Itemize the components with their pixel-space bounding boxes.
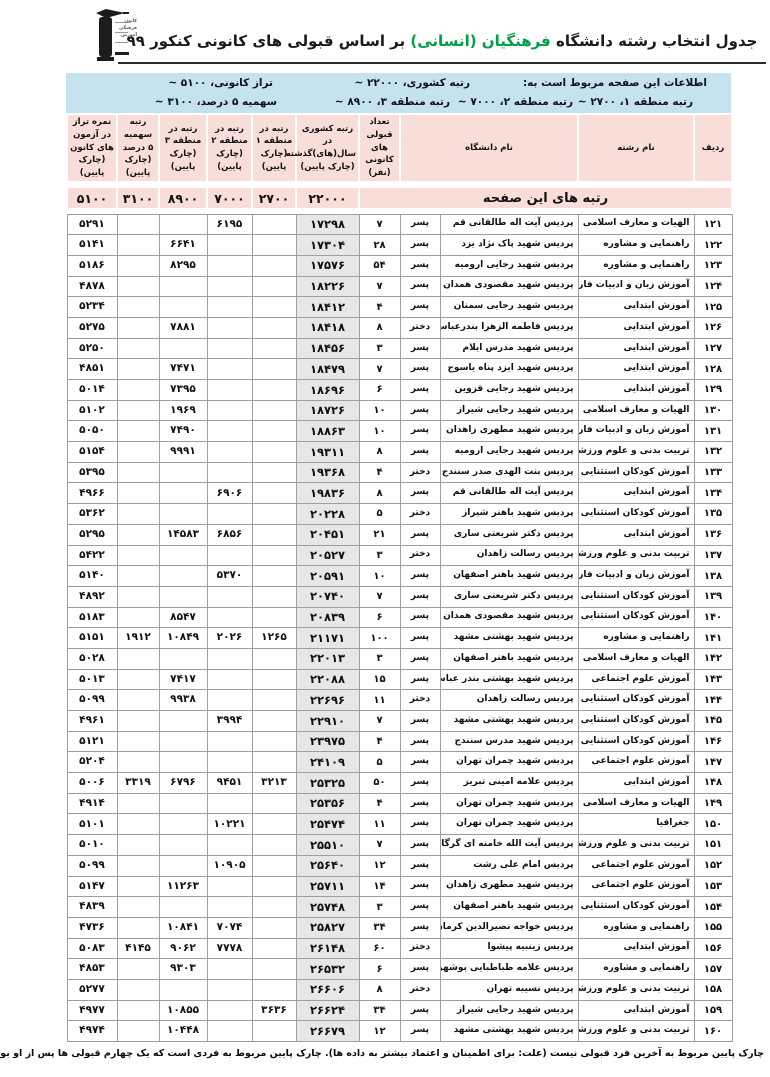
cell-region1 [252,979,296,1000]
cell-region1 [252,938,296,959]
cell-region1 [252,897,296,918]
cell-region2 [207,338,252,359]
cell-quota: ۱۹۱۲ [117,628,159,649]
cell-score: ۵۴۲۲ [67,545,117,566]
cell-university: پردیس زینبیه پیشوا [440,938,578,959]
cell-quota [117,214,159,235]
cell-university: پردیس علامه طباطبایی بوشهر [440,959,578,980]
cell-university: پردیس بنت الهدی صدر سنندج [440,462,578,483]
cell-region2 [207,1000,252,1021]
cell-quota [117,276,159,297]
cell-quota [117,359,159,380]
cell-count: ۴ [359,462,400,483]
cell-gender: پسر [400,235,440,256]
cell-gender: دختر [400,545,440,566]
cell-quota [117,462,159,483]
cell-region3 [159,297,207,318]
cell-university: پردیس شهید رجایی شیراز [440,400,578,421]
cell-count: ۱۰ [359,400,400,421]
cell-count: ۱۵ [359,669,400,690]
table-row: ۱۲۷آموزش ابتداییپردیس شهید مدرس ایلامپسر… [67,338,732,359]
table-row: ۱۲۸آموزش ابتداییپردیس شهید ایزد پناه یاس… [67,359,732,380]
table-row: ۱۶۰تربیت بدنی و علوم ورزشیپردیس شهید بهش… [67,1021,732,1042]
cell-score: ۵۳۹۵ [67,462,117,483]
cell-university: پردیس دکتر شریعتی ساری [440,524,578,545]
cell-region3: ۱۰۸۴۱ [159,917,207,938]
cell-major: آموزش ابتدایی [578,317,694,338]
title-highlight: فرهنگیان (انسانی) [410,32,550,50]
cell-region2 [207,504,252,525]
cell-score: ۵۰۲۸ [67,648,117,669]
cell-university: پردیس شهید چمران تهران [440,752,578,773]
cell-region3 [159,793,207,814]
cell-university: پردیس شهید ایزد پناه یاسوج [440,359,578,380]
cell-national: ۱۸۴۱۲ [296,297,359,318]
cell-score: ۴۹۷۷ [67,1000,117,1021]
cell-gender: پسر [400,835,440,856]
cell-national: ۲۵۶۴۰ [296,855,359,876]
table-row: ۱۲۵آموزش ابتداییپردیس شهید رجایی سمنانپس… [67,297,732,318]
header-major: نام رشته [578,114,694,182]
cell-region3: ۸۵۴۷ [159,607,207,628]
cell-count: ۱۱ [359,814,400,835]
cell-score: ۵۲۵۰ [67,338,117,359]
cell-no: ۱۲۳ [694,255,732,276]
info-region1-rank: رتبه منطقه ۱، ۲۷۰۰ ~ [578,96,693,108]
cell-count: ۷ [359,711,400,732]
cell-quota [117,897,159,918]
cell-national: ۲۰۵۲۷ [296,545,359,566]
cell-national: ۱۷۲۹۸ [296,214,359,235]
cell-count: ۸ [359,317,400,338]
cell-region1 [252,731,296,752]
cell-region3 [159,855,207,876]
cell-national: ۱۸۶۹۶ [296,380,359,401]
cell-university: پردیس شهید چمران تهران [440,793,578,814]
cell-no: ۱۲۹ [694,380,732,401]
cell-count: ۵ [359,752,400,773]
cell-no: ۱۴۸ [694,773,732,794]
header-region2: رتبه در منطقه ۲ (چارک پایین) [207,114,252,182]
cell-university: پردیس شهید رجایی قزوین [440,380,578,401]
cell-no: ۱۴۰ [694,607,732,628]
cell-gender: دختر [400,938,440,959]
cell-university: پردیس آیت الله خامنه ای گرگان [440,835,578,856]
cell-region1 [252,1021,296,1042]
cell-no: ۱۶۰ [694,1021,732,1042]
cell-region1 [252,400,296,421]
cell-no: ۱۵۱ [694,835,732,856]
cell-count: ۳۴ [359,1000,400,1021]
table-row: ۱۳۴آموزش ابتداییپردیس آیت اله طالقانی قم… [67,483,732,504]
summary-national: ۲۲۰۰۰ [296,187,359,209]
summary-row: رتبه های این صفحه ۲۲۰۰۰ ۲۷۰۰ ۷۰۰۰ ۸۹۰۰ ۳… [67,187,732,209]
cell-major: آموزش کودکان استثنایی [578,504,694,525]
cell-no: ۱۵۴ [694,897,732,918]
cell-university: پردیس امام علی رشت [440,855,578,876]
cell-major: آموزش کودکان استثنایی [578,711,694,732]
cell-region1 [252,855,296,876]
cell-gender: پسر [400,711,440,732]
cell-score: ۵۱۸۳ [67,607,117,628]
cell-score: ۴۹۶۶ [67,483,117,504]
title-underline [118,62,766,64]
cell-gender: پسر [400,607,440,628]
cell-university: پردیس شهید رجایی ارومیه [440,255,578,276]
cell-region2 [207,421,252,442]
cell-quota [117,504,159,525]
cell-no: ۱۳۲ [694,442,732,463]
cell-university: پردیس شهید بهشتی مشهد [440,1021,578,1042]
cell-university: پردیس شهید باهنر شیراز [440,504,578,525]
cell-quota [117,442,159,463]
cell-region1 [252,462,296,483]
cell-region3: ۸۲۹۵ [159,255,207,276]
cell-region3 [159,586,207,607]
table-row: ۱۴۱راهنمایی و مشاورهپردیس شهید بهشتی مشه… [67,628,732,649]
cell-gender: دختر [400,979,440,1000]
cell-region2 [207,359,252,380]
cell-region1 [252,690,296,711]
cell-no: ۱۳۱ [694,421,732,442]
cell-region1: ۱۲۶۵ [252,628,296,649]
cell-region1 [252,607,296,628]
cell-no: ۱۲۶ [694,317,732,338]
cell-quota [117,669,159,690]
cell-no: ۱۵۵ [694,917,732,938]
header-university: نام دانشگاه [400,114,578,182]
cell-region3: ۷۴۱۷ [159,669,207,690]
cell-region3 [159,731,207,752]
cell-no: ۱۲۲ [694,235,732,256]
table-row: ۱۳۵آموزش کودکان استثناییپردیس شهید باهنر… [67,504,732,525]
cell-region3 [159,214,207,235]
cell-national: ۲۰۲۲۸ [296,504,359,525]
table-row: ۱۵۶آموزش ابتداییپردیس زینبیه پیشوادختر۶۰… [67,938,732,959]
table-row: ۱۳۱آموزش زبان و ادبیات فارسیپردیس شهید م… [67,421,732,442]
cell-gender: پسر [400,566,440,587]
cell-quota [117,1021,159,1042]
cell-quota [117,835,159,856]
cell-region2 [207,752,252,773]
cell-count: ۵۴ [359,255,400,276]
cell-count: ۳ [359,545,400,566]
cell-national: ۱۷۵۷۶ [296,255,359,276]
cell-national: ۱۷۳۰۴ [296,235,359,256]
page-title: جدول انتخاب رشته دانشگاه فرهنگیان (انسان… [120,32,764,56]
cell-university: پردیس شهید چمران تهران [440,814,578,835]
cell-count: ۴ [359,731,400,752]
cell-university: پردیس شهید رجایی شیراز [440,1000,578,1021]
table-row: ۱۴۵آموزش کودکان استثناییپردیس شهید بهشتی… [67,711,732,732]
cell-region2: ۷۷۷۸ [207,938,252,959]
cell-university: پردیس شهید مدرس سنندج [440,731,578,752]
cell-region3 [159,835,207,856]
cell-no: ۱۲۴ [694,276,732,297]
cell-score: ۵۱۰۲ [67,400,117,421]
cell-score: ۵۰۱۳ [67,669,117,690]
cell-region1 [252,380,296,401]
cell-no: ۱۳۰ [694,400,732,421]
cell-major: آموزش زبان و ادبیات فارسی [578,421,694,442]
cell-quota [117,338,159,359]
table-row: ۱۴۹الهیات و معارف اسلامیپردیس شهید چمران… [67,793,732,814]
cell-quota [117,1000,159,1021]
cell-major: تربیت بدنی و علوم ورزشی [578,442,694,463]
cell-no: ۱۴۵ [694,711,732,732]
info-intro: اطلاعات این صفحه مربوط است به: [523,77,707,89]
cell-region2 [207,255,252,276]
cell-university: پردیس شهید پاک نژاد یزد [440,235,578,256]
cell-major: آموزش کودکان استثنایی [578,731,694,752]
table-row: ۱۳۶آموزش ابتداییپردیس دکتر شریعتی ساریپس… [67,524,732,545]
table-row: ۱۴۳آموزش علوم اجتماعیپردیس شهید بهشتی بن… [67,669,732,690]
cell-major: راهنمایی و مشاوره [578,255,694,276]
cell-region2: ۵۳۷۰ [207,566,252,587]
cell-major: آموزش کودکان استثنایی [578,690,694,711]
cell-region1 [252,793,296,814]
cell-count: ۶ [359,380,400,401]
cell-university: پردیس شهید باهنر اصفهان [440,566,578,587]
cell-region2 [207,897,252,918]
cell-gender: دختر [400,317,440,338]
cell-university: پردیس فاطمه الزهرا بندرعباس [440,317,578,338]
cell-quota [117,917,159,938]
table-row: ۱۳۰الهیات و معارف اسلامیپردیس شهید رجایی… [67,400,732,421]
summary-quota: ۳۱۰۰ [117,187,159,209]
cell-major: آموزش ابتدایی [578,1000,694,1021]
cell-gender: پسر [400,917,440,938]
cell-score: ۵۱۸۶ [67,255,117,276]
cell-national: ۲۶۵۳۲ [296,959,359,980]
info-region2-rank: رتبه منطقه ۲، ۷۰۰۰ ~ [458,96,573,108]
cell-score: ۴۷۳۶ [67,917,117,938]
cell-gender: پسر [400,648,440,669]
cell-quota [117,814,159,835]
cell-no: ۱۴۲ [694,648,732,669]
cell-no: ۱۵۲ [694,855,732,876]
cell-gender: پسر [400,897,440,918]
cell-university: پردیس شهید رجایی سمنان [440,297,578,318]
cell-region3 [159,338,207,359]
cell-national: ۲۵۵۱۰ [296,835,359,856]
cell-national: ۱۸۷۲۶ [296,400,359,421]
cell-quota [117,317,159,338]
cell-count: ۱۴ [359,876,400,897]
cell-gender: پسر [400,773,440,794]
cell-region2 [207,400,252,421]
cell-national: ۲۲۶۹۶ [296,690,359,711]
cell-major: راهنمایی و مشاوره [578,917,694,938]
cell-quota [117,607,159,628]
cell-region2 [207,1021,252,1042]
table-row: ۱۳۹آموزش کودکان استثناییپردیس دکتر شریعت… [67,586,732,607]
cell-major: آموزش زبان و ادبیات فارسی [578,566,694,587]
table-row: ۱۲۲راهنمایی و مشاورهپردیس شهید پاک نژاد … [67,235,732,256]
cell-gender: پسر [400,338,440,359]
cell-score: ۵۲۹۵ [67,524,117,545]
cell-score: ۵۱۴۱ [67,235,117,256]
cell-no: ۱۵۶ [694,938,732,959]
cell-region3: ۷۸۸۱ [159,317,207,338]
summary-region1: ۲۷۰۰ [252,187,296,209]
cell-count: ۳ [359,338,400,359]
cell-major: آموزش کودکان استثنایی [578,607,694,628]
cell-region2 [207,607,252,628]
cell-quota [117,731,159,752]
cell-national: ۲۴۱۰۹ [296,752,359,773]
cell-count: ۴ [359,297,400,318]
cell-region1 [252,566,296,587]
cell-region1 [252,876,296,897]
cell-major: الهیات و معارف اسلامی [578,648,694,669]
info-quota-rank: سهمیه ۵ درصد، ۳۱۰۰ ~ [155,96,277,108]
cell-count: ۴ [359,793,400,814]
cell-quota [117,421,159,442]
table-row: ۱۳۲تربیت بدنی و علوم ورزشیپردیس شهید رجا… [67,442,732,463]
cell-national: ۲۲۰۸۸ [296,669,359,690]
cell-score: ۵۱۵۱ [67,628,117,649]
cell-region2 [207,690,252,711]
table-row: ۱۳۳آموزش کودکان استثناییپردیس بنت الهدی … [67,462,732,483]
cell-gender: پسر [400,255,440,276]
cell-region2 [207,648,252,669]
cell-university: پردیس رسالت زاهدان [440,545,578,566]
cell-major: آموزش ابتدایی [578,380,694,401]
cell-count: ۱۰ [359,421,400,442]
table-row: ۱۳۸آموزش زبان و ادبیات فارسیپردیس شهید ب… [67,566,732,587]
cell-count: ۳ [359,897,400,918]
table-row: ۱۵۰جغرافیاپردیس شهید چمران تهرانپسر۱۱۲۵۴… [67,814,732,835]
table-row: ۱۲۹آموزش ابتداییپردیس شهید رجایی قزوینپس… [67,380,732,401]
cell-score: ۵۰۱۴ [67,380,117,401]
cell-university: پردیس شهید مقصودی همدان [440,276,578,297]
header-row-number: ردیف [694,114,732,182]
table-row: ۱۲۴آموزش زبان و ادبیات فارسیپردیس شهید م… [67,276,732,297]
cell-region2: ۶۹۰۶ [207,483,252,504]
cell-count: ۱۱ [359,690,400,711]
cell-national: ۱۹۳۱۱ [296,442,359,463]
cell-region1 [252,835,296,856]
cell-no: ۱۴۳ [694,669,732,690]
cell-quota [117,979,159,1000]
cell-region1 [252,359,296,380]
info-bar: اطلاعات این صفحه مربوط است به: رتبه کشور… [66,73,731,113]
cell-count: ۱۰ [359,566,400,587]
cell-region1 [252,338,296,359]
cell-national: ۲۰۸۳۹ [296,607,359,628]
cell-region3: ۹۰۶۲ [159,938,207,959]
cell-region1 [252,235,296,256]
cell-score: ۵۰۸۳ [67,938,117,959]
cell-major: آموزش زبان و ادبیات فارسی [578,276,694,297]
cell-region1: ۳۲۱۳ [252,773,296,794]
cell-major: راهنمایی و مشاوره [578,235,694,256]
cell-quota [117,711,159,732]
cell-score: ۵۰۰۶ [67,773,117,794]
cell-region1 [252,586,296,607]
cell-university: پردیس شهید رجایی ارومیه [440,442,578,463]
cell-region1 [252,545,296,566]
cell-no: ۱۳۳ [694,462,732,483]
cell-major: آموزش کودکان استثنایی [578,586,694,607]
cell-region3: ۷۳۹۵ [159,380,207,401]
cell-national: ۲۵۷۱۱ [296,876,359,897]
masthead: کانون فرهنگی آموزش جدول انتخاب رشته دانش… [0,6,770,64]
cell-region3: ۱۰۸۴۹ [159,628,207,649]
cell-university: پردیس دکتر شریعتی ساری [440,586,578,607]
table-row: ۱۲۶آموزش ابتداییپردیس فاطمه الزهرا بندرع… [67,317,732,338]
cell-region1 [252,255,296,276]
cell-gender: پسر [400,669,440,690]
table-row: ۱۴۴آموزش کودکان استثناییپردیس رسالت زاهد… [67,690,732,711]
cell-region2 [207,979,252,1000]
cell-no: ۱۵۷ [694,959,732,980]
cell-university: پردیس آیت اله طالقانی قم [440,483,578,504]
cell-count: ۶۰ [359,938,400,959]
cell-no: ۱۴۱ [694,628,732,649]
cell-count: ۸ [359,483,400,504]
header-score: نمره تراز در آزمون های کانون (چارک پایین… [67,114,117,182]
cell-university: پردیس شهید بهشتی بندر عباس [440,669,578,690]
cell-count: ۳ [359,648,400,669]
cell-region2: ۹۴۵۱ [207,773,252,794]
cell-gender: پسر [400,876,440,897]
cell-no: ۱۵۸ [694,979,732,1000]
cell-region3 [159,752,207,773]
cell-major: راهنمایی و مشاوره [578,628,694,649]
table-row: ۱۴۲الهیات و معارف اسلامیپردیس شهید باهنر… [67,648,732,669]
cell-no: ۱۲۱ [694,214,732,235]
cell-national: ۲۶۶۷۹ [296,1021,359,1042]
cell-score: ۵۰۹۹ [67,690,117,711]
cell-region2: ۲۰۲۶ [207,628,252,649]
cell-count: ۳۴ [359,917,400,938]
cell-major: تربیت بدنی و علوم ورزشی [578,979,694,1000]
cell-score: ۵۳۶۲ [67,504,117,525]
cell-region3 [159,462,207,483]
cell-score: ۴۸۷۸ [67,276,117,297]
cell-region2 [207,297,252,318]
cell-university: پردیس شهید باهنر اصفهان [440,897,578,918]
cell-count: ۵۰ [359,773,400,794]
cell-national: ۱۸۴۱۸ [296,317,359,338]
table-row: ۱۲۳راهنمایی و مشاورهپردیس شهید رجایی ارو… [67,255,732,276]
cell-no: ۱۴۷ [694,752,732,773]
cell-quota [117,545,159,566]
cell-gender: پسر [400,483,440,504]
cell-region3 [159,711,207,732]
cell-score: ۴۹۱۴ [67,793,117,814]
cell-region3: ۷۴۷۱ [159,359,207,380]
cell-major: تربیت بدنی و علوم ورزشی [578,835,694,856]
table-row: ۱۵۴آموزش کودکان استثناییپردیس شهید باهنر… [67,897,732,918]
cell-gender: پسر [400,586,440,607]
header-national-rank: رتبه کشوری در سال(های)گذشته (چارک پایین) [296,114,359,182]
cell-no: ۱۲۸ [694,359,732,380]
cell-no: ۱۲۵ [694,297,732,318]
cell-score: ۵۲۷۵ [67,317,117,338]
cell-count: ۱۰۰ [359,628,400,649]
cell-major: آموزش ابتدایی [578,359,694,380]
cell-gender: پسر [400,297,440,318]
summary-score: ۵۱۰۰ [67,187,117,209]
cell-region3: ۹۹۹۱ [159,442,207,463]
cell-gender: پسر [400,1021,440,1042]
cell-university: پردیس شهید مطهری زاهدان [440,876,578,897]
cell-count: ۱۲ [359,855,400,876]
cell-university: پردیس علامه امینی تبریز [440,773,578,794]
